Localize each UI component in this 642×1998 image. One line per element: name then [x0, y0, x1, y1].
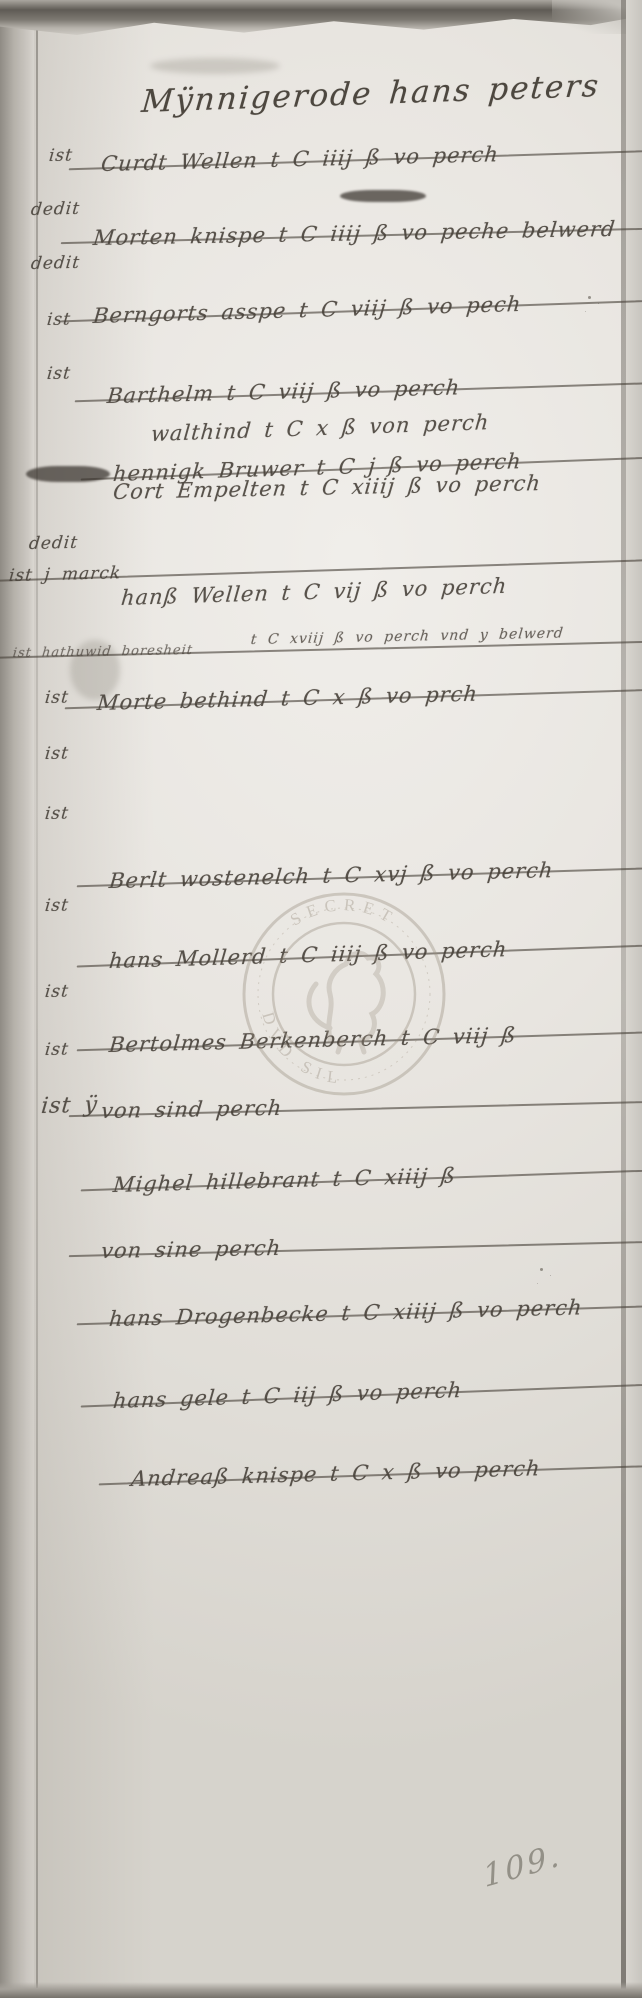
- margin-note: ist: [44, 895, 70, 916]
- margin-note: dedit: [30, 253, 81, 274]
- ink-specks: [540, 1268, 543, 1271]
- page-bottom-edge: [0, 1982, 642, 1998]
- margin-note: ist: [44, 1039, 70, 1060]
- ink-smudge: [150, 58, 280, 74]
- seal-ring-text-top: SECRET: [287, 895, 401, 929]
- margin-note: dedit: [30, 199, 81, 220]
- margin-note: ist: [46, 309, 72, 330]
- margin-note: ist: [48, 145, 74, 166]
- margin-note: ist ÿ: [40, 1093, 99, 1119]
- margin-note: ist: [46, 363, 72, 384]
- binding-left-edge: [0, 0, 40, 1998]
- rampant-lion-figure: [309, 953, 383, 1052]
- margin-note: ist: [44, 981, 70, 1002]
- margin-note: ist: [44, 743, 70, 764]
- margin-note: dedit: [28, 533, 79, 554]
- ink-blot: [26, 466, 110, 482]
- margin-note: ist: [44, 687, 70, 708]
- margin-note: ist: [44, 803, 70, 824]
- binding-crease: [36, 30, 38, 1988]
- seal-inner-ring: [273, 923, 415, 1065]
- manuscript-scan: Mÿnnigerode hans peters ist Curdt Wellen…: [0, 0, 642, 1998]
- ink-blot: [340, 190, 426, 202]
- circular-city-seal-stamp: SECRET DVD SIL: [238, 888, 450, 1100]
- seal-ring-text-lower: DVD SIL: [258, 1010, 345, 1088]
